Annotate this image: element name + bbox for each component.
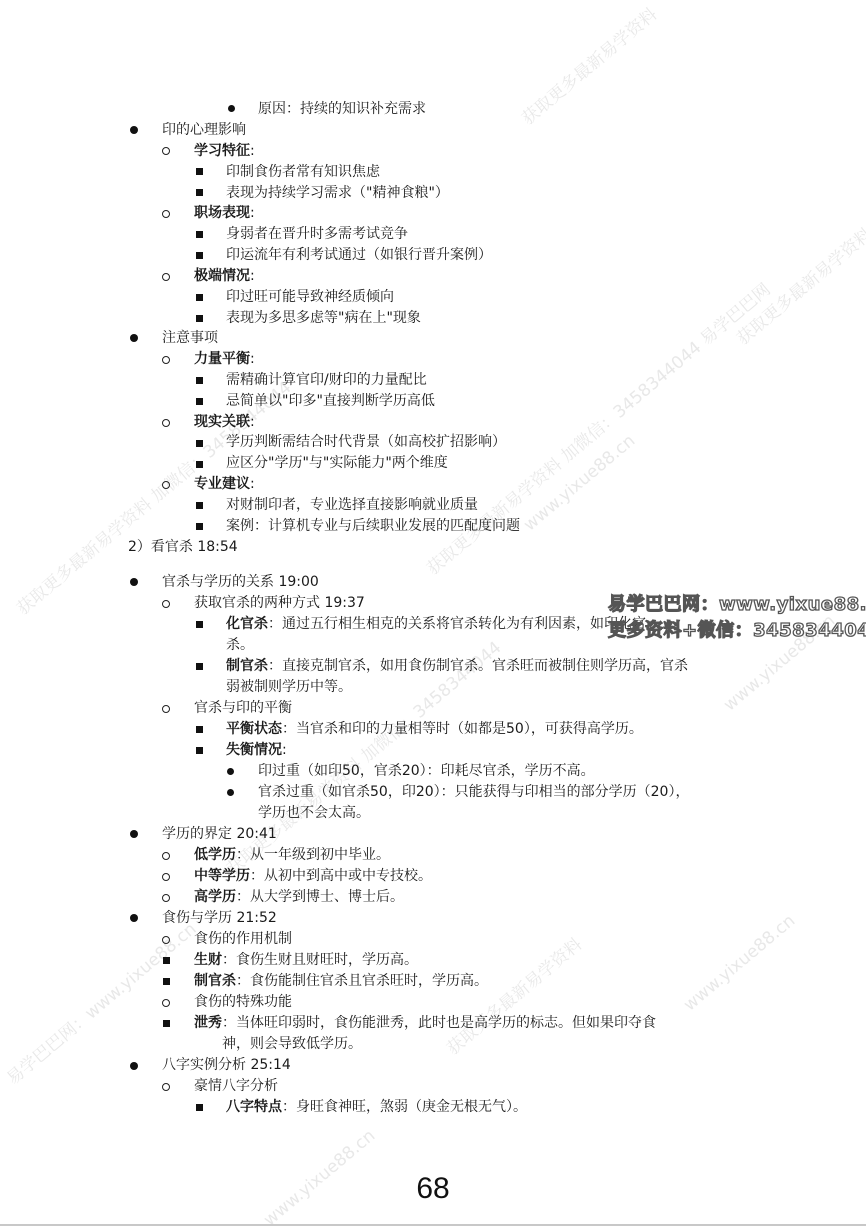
bullet-square-icon bbox=[163, 957, 170, 964]
bullet-square-icon bbox=[196, 252, 203, 259]
bullet-square-icon bbox=[196, 523, 203, 530]
list-item: 学历的界定 20:41 bbox=[162, 824, 277, 845]
bullet-disc-icon bbox=[130, 830, 138, 838]
document-page: 获取更多最新易学资料 获取更多最新易学资料 获取更多最新易学资料 加微信：345… bbox=[0, 0, 866, 1228]
list-item: 应区分"学历"与"实际能力"两个维度 bbox=[226, 453, 448, 474]
bullet-square-icon bbox=[196, 189, 203, 196]
list-item: 现实关联: bbox=[194, 412, 255, 433]
list-item: 印制食伤者常有知识焦虑 bbox=[226, 162, 380, 183]
list-item: 平衡状态：当官杀和印的力量相等时（如都是50），可获得高学历。 bbox=[226, 719, 643, 740]
watermark-text: 获取更多最新易学资料 bbox=[730, 221, 866, 349]
bullet-square-icon bbox=[163, 978, 170, 985]
list-item: 生财：食伤生财且财旺时，学历高。 bbox=[194, 950, 418, 971]
list-item: 印运流年有利考试通过（如银行晋升案例） bbox=[226, 245, 492, 266]
bullet-circle-icon bbox=[162, 894, 170, 902]
bullet-disc-icon bbox=[130, 578, 138, 586]
list-item: 学历判断需结合时代背景（如高校扩招影响） bbox=[226, 432, 506, 453]
bullet-square-icon bbox=[196, 621, 203, 628]
bullet-circle-icon bbox=[162, 705, 170, 713]
bullet-square-icon bbox=[196, 440, 203, 447]
list-item-continuation: 神，则会导致低学历。 bbox=[222, 1034, 362, 1055]
list-item: 化官杀：通过五行相生相克的关系将官杀转化为有利因素，如印化官 bbox=[226, 614, 646, 635]
list-item: 官杀与学历的关系 19:00 bbox=[162, 572, 319, 593]
list-item: 制官杀：直接克制官杀，如用食伤制官杀。官杀旺而被制住则学历高，官杀 bbox=[226, 656, 688, 677]
page-number: 68 bbox=[0, 1172, 866, 1206]
list-item-continuation: 学历也不会太高。 bbox=[258, 803, 370, 824]
bullet-square-icon bbox=[196, 1104, 203, 1111]
list-item: 八字实例分析 25:14 bbox=[162, 1055, 291, 1076]
list-item: 食伤与学历 21:52 bbox=[162, 908, 277, 929]
watermark-banner-wechat: 更多资料+微信：3458344044 bbox=[608, 616, 866, 642]
bullet-square-icon bbox=[196, 377, 203, 384]
bullet-circle-icon bbox=[162, 600, 170, 608]
bullet-square-icon bbox=[196, 663, 203, 670]
bullet-square-icon bbox=[196, 726, 203, 733]
bullet-circle-icon bbox=[162, 852, 170, 860]
bullet-square-icon bbox=[196, 398, 203, 405]
bullet-circle-icon bbox=[162, 1083, 170, 1091]
bullet-square-icon bbox=[196, 231, 203, 238]
list-item: 表现为持续学习需求（"精神食粮"） bbox=[226, 183, 449, 204]
list-item: 食伤的特殊功能 bbox=[194, 992, 292, 1013]
list-item: 对财制印者，专业选择直接影响就业质量 bbox=[226, 495, 478, 516]
list-item: 忌简单以"印多"直接判断学历高低 bbox=[226, 391, 435, 412]
list-item: 原因：持续的知识补充需求 bbox=[258, 99, 426, 120]
watermark-banner-site: 易学巴巴网：www.yixue88.cn bbox=[608, 590, 866, 616]
bullet-disc-icon bbox=[130, 1062, 138, 1070]
bullet-disc-icon bbox=[130, 126, 138, 134]
bullet-disc-icon bbox=[228, 105, 235, 112]
page-bottom-divider bbox=[0, 1224, 866, 1226]
bullet-square-icon bbox=[196, 294, 203, 301]
bullet-square-icon bbox=[196, 461, 203, 468]
watermark-text: www.yixue88.cn bbox=[520, 431, 639, 536]
bullet-circle-icon bbox=[162, 481, 170, 489]
bullet-square-icon bbox=[196, 315, 203, 322]
list-item: 食伤的作用机制 bbox=[194, 929, 292, 950]
watermark-text: 获取更多最新易学资料 bbox=[515, 1, 661, 129]
list-item: 获取官杀的两种方式 19:37 bbox=[194, 593, 365, 614]
watermark-text: 获取更多最新易学资料 bbox=[440, 931, 586, 1059]
list-item: 学习特征: bbox=[194, 141, 255, 162]
list-item: 八字特点：身旺食神旺，煞弱（庚金无根无气）。 bbox=[226, 1097, 527, 1118]
list-item: 注意事项 bbox=[162, 328, 218, 349]
list-item: 官杀与印的平衡 bbox=[194, 698, 292, 719]
list-item: 失衡情况: bbox=[226, 740, 287, 761]
list-item: 印的心理影响 bbox=[162, 120, 246, 141]
bullet-circle-icon bbox=[162, 273, 170, 281]
section-heading: 2）看官杀 18:54 bbox=[128, 537, 238, 558]
bullet-circle-icon bbox=[162, 147, 170, 155]
list-item-continuation: 杀。 bbox=[226, 635, 254, 656]
bullet-circle-icon bbox=[162, 419, 170, 427]
list-item: 低学历：从一年级到初中毕业。 bbox=[194, 845, 390, 866]
bullet-square-icon bbox=[196, 168, 203, 175]
bullet-circle-icon bbox=[162, 936, 170, 944]
list-item: 需精确计算官印/财印的力量配比 bbox=[226, 370, 427, 391]
bullet-square-icon bbox=[196, 747, 203, 754]
list-item: 表现为多思多虑等"病在上"现象 bbox=[226, 308, 421, 329]
bullet-square-icon bbox=[196, 502, 203, 509]
list-item: 印过重（如印50，官杀20）：印耗尽官杀，学历不高。 bbox=[258, 761, 595, 782]
list-item: 印过旺可能导致神经质倾向 bbox=[226, 287, 394, 308]
list-item: 豪情八字分析 bbox=[194, 1076, 278, 1097]
bullet-circle-icon bbox=[162, 999, 170, 1007]
list-item: 高学历：从大学到博士、博士后。 bbox=[194, 887, 404, 908]
list-item: 专业建议: bbox=[194, 474, 255, 495]
bullet-circle-icon bbox=[162, 210, 170, 218]
bullet-circle-icon bbox=[162, 873, 170, 881]
bullet-circle-icon bbox=[162, 356, 170, 364]
bullet-disc-icon bbox=[227, 789, 234, 796]
bullet-square-icon bbox=[163, 1020, 170, 1027]
bullet-disc-icon bbox=[130, 914, 138, 922]
list-item: 极端情况: bbox=[194, 266, 255, 287]
list-item: 中等学历：从初中到高中或中专技校。 bbox=[194, 866, 432, 887]
watermark-text: www.yixue88.cn bbox=[680, 911, 799, 1016]
list-item: 力量平衡: bbox=[194, 349, 255, 370]
bullet-disc-icon bbox=[227, 768, 234, 775]
list-item: 职场表现: bbox=[194, 203, 255, 224]
list-item-continuation: 弱被制则学历中等。 bbox=[226, 677, 352, 698]
list-item: 制官杀：食伤能制住官杀且官杀旺时，学历高。 bbox=[194, 971, 488, 992]
list-item: 官杀过重（如官杀50，印20）：只能获得与印相当的部分学历（20）， bbox=[258, 782, 689, 803]
bullet-disc-icon bbox=[130, 334, 138, 342]
list-item: 泄秀：当体旺印弱时，食伤能泄秀，此时也是高学历的标志。但如果印夺食 bbox=[194, 1013, 656, 1034]
list-item: 身弱者在晋升时多需考试竞争 bbox=[226, 224, 408, 245]
list-item: 案例：计算机专业与后续职业发展的匹配度问题 bbox=[226, 516, 520, 537]
